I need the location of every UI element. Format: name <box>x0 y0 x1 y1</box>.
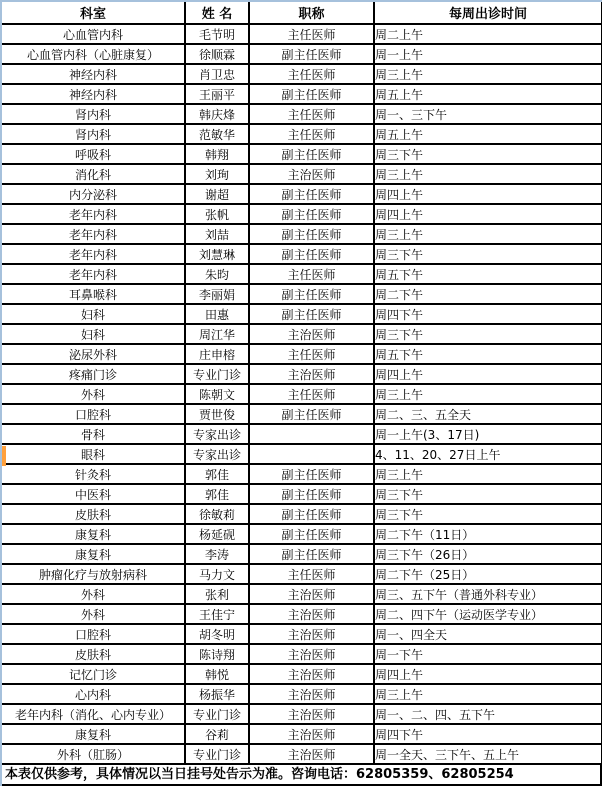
title-cell: 副主任医师 <box>249 144 374 164</box>
title-cell: 主治医师 <box>249 744 374 764</box>
title-cell: 主治医师 <box>249 164 374 184</box>
title-cell <box>249 444 374 464</box>
name-cell: 杨振华 <box>185 684 249 704</box>
time-cell: 周三上午 <box>374 64 602 84</box>
time-cell: 周三下午 <box>374 504 602 524</box>
table-row: 口腔科贾世俊副主任医师周二、三、五全天 <box>2 404 602 424</box>
name-cell: 刘喆 <box>185 224 249 244</box>
department-cell: 骨科 <box>2 424 185 444</box>
table-row: 皮肤科徐敏莉副主任医师周三下午 <box>2 504 602 524</box>
time-cell: 周一上午 <box>374 44 602 64</box>
table-row: 消化科刘珣主治医师周三上午 <box>2 164 602 184</box>
department-cell: 消化科 <box>2 164 185 184</box>
department-cell: 耳鼻喉科 <box>2 284 185 304</box>
time-cell: 周四上午 <box>374 664 602 684</box>
table-row: 泌尿外科庄申榕主任医师周五下午 <box>2 344 602 364</box>
title-cell: 副主任医师 <box>249 544 374 564</box>
header-cell-name: 姓 名 <box>185 2 249 24</box>
title-cell: 主任医师 <box>249 64 374 84</box>
department-cell: 中医科 <box>2 484 185 504</box>
title-cell: 主治医师 <box>249 724 374 744</box>
name-cell: 韩翔 <box>185 144 249 164</box>
table-row: 心血管内科（心脏康复）徐顺霖副主任医师周一上午 <box>2 44 602 64</box>
name-cell: 范敏华 <box>185 124 249 144</box>
name-cell: 胡冬明 <box>185 624 249 644</box>
name-cell: 贾世俊 <box>185 404 249 424</box>
title-cell: 主治医师 <box>249 584 374 604</box>
table-row: 妇科田惠副主任医师周四下午 <box>2 304 602 324</box>
table-row: 外科陈朝文主任医师周三上午 <box>2 384 602 404</box>
table-row: 针灸科郭佳副主任医师周三上午 <box>2 464 602 484</box>
table-row: 老年内科张帆副主任医师周四上午 <box>2 204 602 224</box>
department-cell: 老年内科 <box>2 224 185 244</box>
table-row: 老年内科刘慧琳副主任医师周三下午 <box>2 244 602 264</box>
name-cell: 韩庆烽 <box>185 104 249 124</box>
name-cell: 郭佳 <box>185 484 249 504</box>
title-cell: 副主任医师 <box>249 184 374 204</box>
table-row: 呼吸科韩翔副主任医师周三下午 <box>2 144 602 164</box>
department-cell: 口腔科 <box>2 404 185 424</box>
table-row: 老年内科刘喆副主任医师周三上午 <box>2 224 602 244</box>
name-cell: 王佳宁 <box>185 604 249 624</box>
time-cell: 周五上午 <box>374 84 602 104</box>
time-cell: 周一、二、四、五下午 <box>374 704 602 724</box>
footer-disclaimer: 本表仅供参考，具体情况以当日挂号处告示为准。咨询电话：62805359、6280… <box>2 765 602 786</box>
name-cell: 谷莉 <box>185 724 249 744</box>
table-row: 骨科专家出诊周一上午(3、17日) <box>2 424 602 444</box>
time-cell: 周三上午 <box>374 224 602 244</box>
title-cell: 副主任医师 <box>249 484 374 504</box>
department-cell: 康复科 <box>2 724 185 744</box>
time-cell: 周二下午（25日） <box>374 564 602 584</box>
table-row: 肾内科范敏华主任医师周五上午 <box>2 124 602 144</box>
title-cell: 副主任医师 <box>249 304 374 324</box>
department-cell: 外科 <box>2 604 185 624</box>
schedule-sheet: 科室 姓 名 职称 每周出诊时间 心血管内科毛节明主任医师周二上午心血管内科（心… <box>0 0 602 786</box>
time-cell: 周一上午(3、17日) <box>374 424 602 444</box>
title-cell: 主任医师 <box>249 344 374 364</box>
name-cell: 韩悦 <box>185 664 249 684</box>
title-cell: 主任医师 <box>249 104 374 124</box>
department-cell: 肾内科 <box>2 104 185 124</box>
department-cell: 疼痛门诊 <box>2 364 185 384</box>
name-cell: 李涛 <box>185 544 249 564</box>
table-row: 中医科郭佳副主任医师周三下午 <box>2 484 602 504</box>
department-cell: 记忆门诊 <box>2 664 185 684</box>
department-cell: 肿瘤化疗与放射病科 <box>2 564 185 584</box>
title-cell: 副主任医师 <box>249 524 374 544</box>
table-row: 外科（肛肠）专业门诊主治医师周一全天、三下午、五上午 <box>2 744 602 764</box>
title-cell: 主任医师 <box>249 124 374 144</box>
name-cell: 田惠 <box>185 304 249 324</box>
title-cell: 主治医师 <box>249 364 374 384</box>
name-cell: 肖卫忠 <box>185 64 249 84</box>
title-cell: 主治医师 <box>249 604 374 624</box>
title-cell: 副主任医师 <box>249 224 374 244</box>
time-cell: 周二、四下午（运动医学专业） <box>374 604 602 624</box>
department-cell: 老年内科（消化、心内专业） <box>2 704 185 724</box>
table-row: 皮肤科陈诗翔主治医师周一下午 <box>2 644 602 664</box>
department-cell: 呼吸科 <box>2 144 185 164</box>
table-row: 疼痛门诊专业门诊主治医师周四上午 <box>2 364 602 384</box>
time-cell: 周二上午 <box>374 24 602 44</box>
table-row: 妇科周江华主治医师周三下午 <box>2 324 602 344</box>
name-cell: 专家出诊 <box>185 424 249 444</box>
department-cell: 心血管内科 <box>2 24 185 44</box>
time-cell: 周一、四全天 <box>374 624 602 644</box>
name-cell: 庄申榕 <box>185 344 249 364</box>
name-cell: 张利 <box>185 584 249 604</box>
department-cell: 泌尿外科 <box>2 344 185 364</box>
title-cell: 副主任医师 <box>249 44 374 64</box>
title-cell: 主治医师 <box>249 684 374 704</box>
table-row: 康复科杨延砚副主任医师周二下午（11日） <box>2 524 602 544</box>
time-cell: 周四下午 <box>374 304 602 324</box>
table-row: 神经内科王丽平副主任医师周五上午 <box>2 84 602 104</box>
time-cell: 4、11、20、27日上午 <box>374 444 602 464</box>
table-row: 眼科专家出诊4、11、20、27日上午 <box>2 444 602 464</box>
department-cell: 内分泌科 <box>2 184 185 204</box>
schedule-table: 科室 姓 名 职称 每周出诊时间 心血管内科毛节明主任医师周二上午心血管内科（心… <box>2 2 602 765</box>
department-cell: 康复科 <box>2 544 185 564</box>
department-cell: 外科 <box>2 584 185 604</box>
name-cell: 谢超 <box>185 184 249 204</box>
table-row: 神经内科肖卫忠主任医师周三上午 <box>2 64 602 84</box>
table-row: 外科张利主治医师周三、五下午（普通外科专业） <box>2 584 602 604</box>
table-row: 康复科谷莉主治医师周四下午 <box>2 724 602 744</box>
title-cell: 副主任医师 <box>249 504 374 524</box>
time-cell: 周三上午 <box>374 384 602 404</box>
table-row: 老年内科朱昀主任医师周五下午 <box>2 264 602 284</box>
title-cell: 主任医师 <box>249 384 374 404</box>
time-cell: 周三上午 <box>374 684 602 704</box>
title-cell: 副主任医师 <box>249 84 374 104</box>
name-cell: 陈诗翔 <box>185 644 249 664</box>
department-cell: 口腔科 <box>2 624 185 644</box>
time-cell: 周三上午 <box>374 464 602 484</box>
title-cell: 主治医师 <box>249 704 374 724</box>
table-row: 肿瘤化疗与放射病科马力文主任医师周二下午（25日） <box>2 564 602 584</box>
name-cell: 专业门诊 <box>185 364 249 384</box>
name-cell: 周江华 <box>185 324 249 344</box>
time-cell: 周三、五下午（普通外科专业） <box>374 584 602 604</box>
time-cell: 周一、三下午 <box>374 104 602 124</box>
title-cell: 主治医师 <box>249 664 374 684</box>
table-row: 耳鼻喉科李丽娟副主任医师周二下午 <box>2 284 602 304</box>
department-cell: 心血管内科（心脏康复） <box>2 44 185 64</box>
time-cell: 周四上午 <box>374 364 602 384</box>
name-cell: 毛节明 <box>185 24 249 44</box>
time-cell: 周三上午 <box>374 164 602 184</box>
time-cell: 周四上午 <box>374 184 602 204</box>
title-cell: 副主任医师 <box>249 284 374 304</box>
table-row: 康复科李涛副主任医师周三下午（26日） <box>2 544 602 564</box>
name-cell: 徐敏莉 <box>185 504 249 524</box>
time-cell: 周五下午 <box>374 344 602 364</box>
department-cell: 妇科 <box>2 324 185 344</box>
name-cell: 王丽平 <box>185 84 249 104</box>
department-cell: 神经内科 <box>2 84 185 104</box>
time-cell: 周二、三、五全天 <box>374 404 602 424</box>
time-cell: 周四上午 <box>374 204 602 224</box>
name-cell: 专业门诊 <box>185 744 249 764</box>
table-row: 口腔科胡冬明主治医师周一、四全天 <box>2 624 602 644</box>
department-cell: 眼科 <box>2 444 185 464</box>
time-cell: 周三下午 <box>374 484 602 504</box>
name-cell: 徐顺霖 <box>185 44 249 64</box>
title-cell: 主治医师 <box>249 644 374 664</box>
department-cell: 神经内科 <box>2 64 185 84</box>
department-cell: 外科 <box>2 384 185 404</box>
department-cell: 皮肤科 <box>2 644 185 664</box>
name-cell: 刘慧琳 <box>185 244 249 264</box>
time-cell: 周二下午 <box>374 284 602 304</box>
department-cell: 康复科 <box>2 524 185 544</box>
table-row: 老年内科（消化、心内专业）专业门诊主治医师周一、二、四、五下午 <box>2 704 602 724</box>
name-cell: 郭佳 <box>185 464 249 484</box>
department-cell: 针灸科 <box>2 464 185 484</box>
name-cell: 专业门诊 <box>185 704 249 724</box>
name-cell: 陈朝文 <box>185 384 249 404</box>
name-cell: 专家出诊 <box>185 444 249 464</box>
title-cell: 主任医师 <box>249 264 374 284</box>
title-cell: 副主任医师 <box>249 204 374 224</box>
time-cell: 周三下午（26日） <box>374 544 602 564</box>
table-row: 记忆门诊韩悦主治医师周四上午 <box>2 664 602 684</box>
time-cell: 周三下午 <box>374 324 602 344</box>
title-cell: 主治医师 <box>249 624 374 644</box>
table-row: 心血管内科毛节明主任医师周二上午 <box>2 24 602 44</box>
name-cell: 杨延砚 <box>185 524 249 544</box>
title-cell: 副主任医师 <box>249 244 374 264</box>
department-cell: 外科（肛肠） <box>2 744 185 764</box>
time-cell: 周五下午 <box>374 264 602 284</box>
title-cell: 副主任医师 <box>249 464 374 484</box>
department-cell: 皮肤科 <box>2 504 185 524</box>
department-cell: 老年内科 <box>2 204 185 224</box>
table-row: 肾内科韩庆烽主任医师周一、三下午 <box>2 104 602 124</box>
time-cell: 周三下午 <box>374 144 602 164</box>
header-row: 科室 姓 名 职称 每周出诊时间 <box>2 2 602 24</box>
name-cell: 张帆 <box>185 204 249 224</box>
table-row: 心内科杨振华主治医师周三上午 <box>2 684 602 704</box>
title-cell <box>249 424 374 444</box>
name-cell: 李丽娟 <box>185 284 249 304</box>
department-cell: 肾内科 <box>2 124 185 144</box>
time-cell: 周一下午 <box>374 644 602 664</box>
name-cell: 朱昀 <box>185 264 249 284</box>
title-cell: 主治医师 <box>249 324 374 344</box>
title-cell: 主任医师 <box>249 564 374 584</box>
department-cell: 妇科 <box>2 304 185 324</box>
department-cell: 老年内科 <box>2 264 185 284</box>
title-cell: 副主任医师 <box>249 404 374 424</box>
table-row: 外科王佳宁主治医师周二、四下午（运动医学专业） <box>2 604 602 624</box>
table-header: 科室 姓 名 职称 每周出诊时间 <box>2 2 602 24</box>
name-cell: 刘珣 <box>185 164 249 184</box>
time-cell: 周五上午 <box>374 124 602 144</box>
header-cell-title: 职称 <box>249 2 374 24</box>
department-cell: 老年内科 <box>2 244 185 264</box>
time-cell: 周四下午 <box>374 724 602 744</box>
table-row: 内分泌科谢超副主任医师周四上午 <box>2 184 602 204</box>
title-cell: 主任医师 <box>249 24 374 44</box>
name-cell: 马力文 <box>185 564 249 584</box>
table-body: 心血管内科毛节明主任医师周二上午心血管内科（心脏康复）徐顺霖副主任医师周一上午神… <box>2 24 602 764</box>
header-cell-department: 科室 <box>2 2 185 24</box>
time-cell: 周三下午 <box>374 244 602 264</box>
time-cell: 周二下午（11日） <box>374 524 602 544</box>
row-highlight-marker <box>2 446 6 466</box>
time-cell: 周一全天、三下午、五上午 <box>374 744 602 764</box>
department-cell: 心内科 <box>2 684 185 704</box>
header-cell-weekly-time: 每周出诊时间 <box>374 2 602 24</box>
